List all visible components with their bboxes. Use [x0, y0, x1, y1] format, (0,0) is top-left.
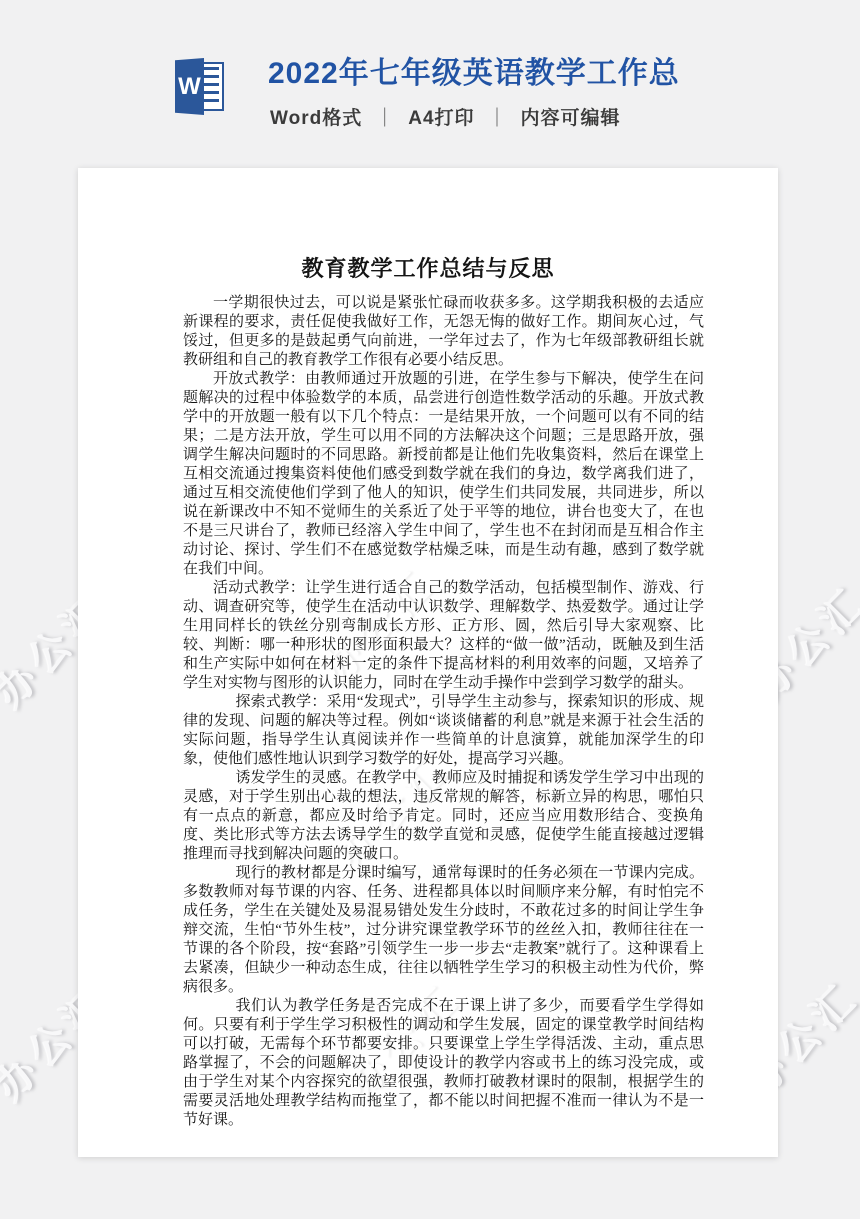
word-logo-cover: W	[175, 58, 204, 115]
paragraph: 活动式教学：让学生进行适合自己的数学活动，包括模型制作、游戏、行动、调查研究等，…	[183, 579, 704, 693]
editable-badge: 内容可编辑	[521, 108, 621, 129]
word-logo-text-lines	[204, 67, 219, 104]
doc-format-info: Word格式｜A4打印｜内容可编辑	[270, 103, 621, 130]
word-logo-letter: W	[178, 73, 201, 101]
document-page: 办公汇 办公汇 办公汇 教育教学工作总结与反思 一学期很快过去，可以说是紧张忙碌…	[78, 168, 778, 1157]
paragraph: 探索式教学：采用“发现式”，引导学生主动参与，探索知识的形成、规律的发现、问题的…	[183, 693, 704, 769]
word-logo-icon: W	[175, 58, 225, 115]
download-header: W 2022年七年级英语教学工作总 Word格式｜A4打印｜内容可编辑	[0, 0, 860, 168]
separator: ｜	[375, 108, 395, 129]
format-badge: Word格式	[270, 108, 362, 129]
paragraph: 一学期很快过去，可以说是紧张忙碌而收获多多。这学期我积极的去适应新课程的要求，责…	[183, 294, 704, 370]
app-background: { "header": { "title": "2022年七年级英语教学工作总"…	[0, 0, 860, 1219]
document-download-title[interactable]: 2022年七年级英语教学工作总	[268, 48, 680, 92]
paragraph: 诱发学生的灵感。在教学中，教师应及时捕捉和诱发学生学习中出现的灵感，对于学生别出…	[183, 769, 704, 864]
separator: ｜	[488, 108, 508, 129]
document-title: 教育教学工作总结与反思	[78, 252, 778, 283]
print-badge: A4打印	[408, 108, 474, 129]
paragraph: 开放式教学：由教师通过开放题的引进，在学生参与下解决，使学生在问题解决的过程中体…	[183, 370, 704, 579]
document-body: 一学期很快过去，可以说是紧张忙碌而收获多多。这学期我积极的去适应新课程的要求，责…	[78, 294, 778, 1130]
paragraph: 我们认为教学任务是否完成不在于课上讲了多少，而要看学生学得如何。只要有利于学生学…	[183, 997, 704, 1130]
paragraph: 现行的教材都是分课时编写，通常每课时的任务必须在一节课内完成。多数教师对每节课的…	[183, 864, 704, 997]
